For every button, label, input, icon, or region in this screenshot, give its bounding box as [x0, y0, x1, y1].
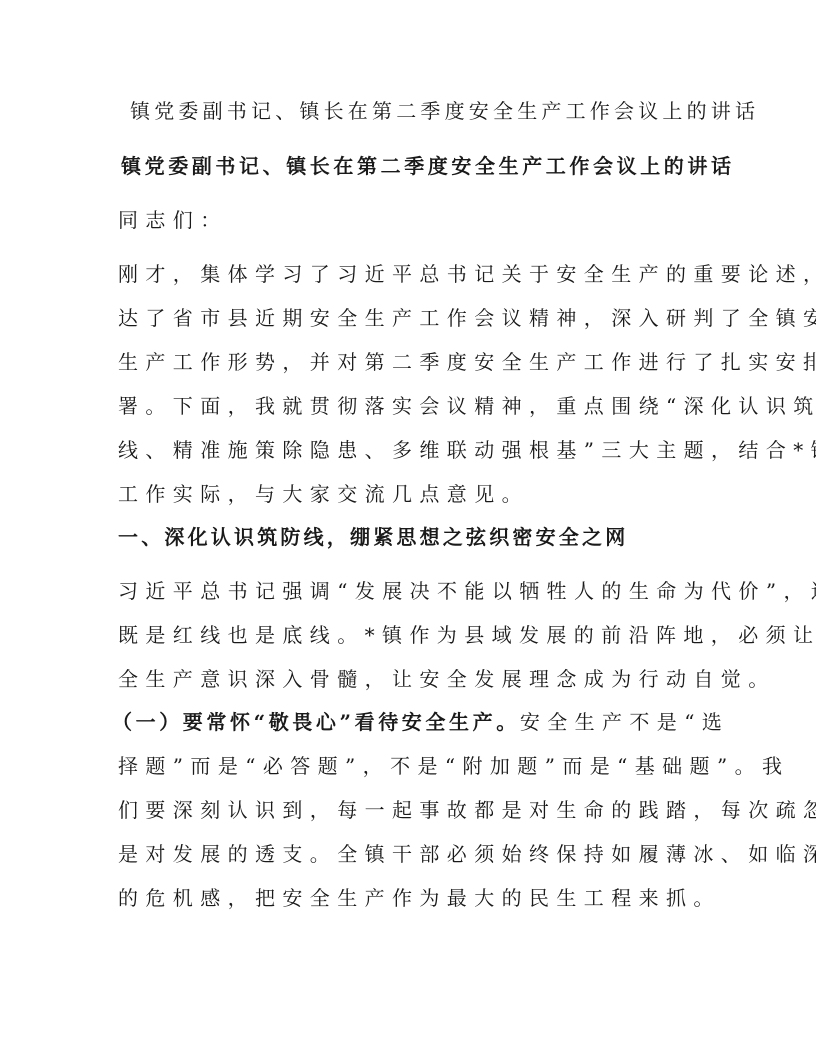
paragraph-line: 工作实际，与大家交流几点意见。 — [118, 480, 529, 508]
document-page: 镇党委副书记、镇长在第二季度安全生产工作会议上的讲话 镇党委副书记、镇长在第二季… — [0, 0, 816, 1056]
paragraph-line: 的危机感，把安全生产作为最大的民生工程来抓。 — [118, 884, 721, 912]
paragraph-line: 习近平总书记强调“发展决不能以牺牲人的生命为代价”，这 — [118, 577, 816, 605]
section-heading: 一、深化认识筑防线，绷紧思想之弦织密安全之网 — [118, 523, 628, 551]
paragraph-line: （一）要常怀“敬畏心”看待安全生产。安全生产不是“选 — [112, 708, 729, 736]
paragraph-line: 线、精准施策除隐患、多维联动强根基”三大主题，结合*镇 — [118, 436, 816, 464]
paragraph-line: 全生产意识深入骨髓，让安全发展理念成为行动自觉。 — [118, 665, 776, 693]
paragraph-line: 是对发展的透支。全镇干部必须始终保持如履薄冰、如临深渊 — [118, 840, 816, 868]
paragraph-text: 安全生产不是“选 — [520, 710, 729, 734]
paragraph-line: 既是红线也是底线。*镇作为县域发展的前沿阵地，必须让安 — [118, 621, 816, 649]
paragraph-line: 们要深刻认识到，每一起事故都是对生命的践踏，每次疏忽都 — [118, 796, 816, 824]
paragraph-line: 刚才，集体学习了习近平总书记关于安全生产的重要论述，传 — [118, 260, 816, 288]
paragraph-line: 择题”而是“必答题”，不是“附加题”而是“基础题”。我 — [118, 752, 789, 780]
subsection-heading: （一）要常怀“敬畏心”看待安全生产。 — [112, 710, 520, 734]
paragraph-line: 署。下面，我就贯彻落实会议精神，重点围绕“深化认识筑防 — [118, 392, 816, 420]
document-title: 镇党委副书记、镇长在第二季度安全生产工作会议上的讲话 — [130, 97, 759, 125]
paragraph-line: 达了省市县近期安全生产工作会议精神，深入研判了全镇安全 — [118, 304, 816, 332]
salutation: 同志们： — [118, 206, 228, 234]
document-subtitle: 镇党委副书记、镇长在第二季度安全生产工作会议上的讲话 — [121, 152, 735, 180]
paragraph-line: 生产工作形势，并对第二季度安全生产工作进行了扎实安排部 — [118, 348, 816, 376]
